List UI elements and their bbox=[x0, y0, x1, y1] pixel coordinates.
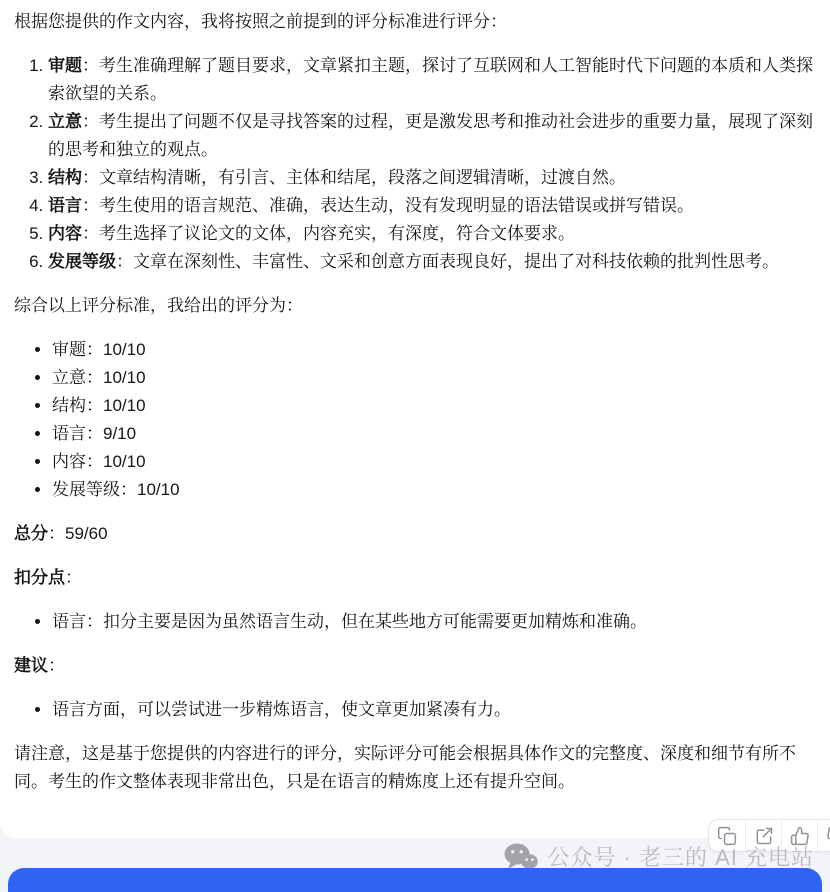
score-label: 结构 bbox=[52, 396, 86, 415]
colon: ： bbox=[48, 656, 65, 675]
criterion-term: 结构 bbox=[48, 168, 82, 187]
colon: ： bbox=[82, 112, 99, 131]
score-value: 10/10 bbox=[103, 396, 146, 415]
thumbs-down-icon bbox=[826, 826, 830, 846]
colon: ： bbox=[82, 168, 99, 187]
colon: ： bbox=[86, 340, 103, 359]
criterion-desc: 考生选择了议论文的文体，内容充实，有深度，符合文体要求。 bbox=[99, 224, 575, 243]
colon: ： bbox=[82, 224, 99, 243]
score-value: 10/10 bbox=[103, 368, 146, 387]
list-item-jiegou: 结构：文章结构清晰，有引言、主体和结尾，段落之间逻辑清晰，过渡自然。 bbox=[48, 164, 816, 192]
total-score-line: 总分：59/60 bbox=[14, 520, 816, 548]
list-item-liyi: 立意：考生提出了问题不仅是寻找答案的过程，更是激发思考和推动社会进步的重要力量，… bbox=[48, 108, 816, 164]
criterion-desc: 考生提出了问题不仅是寻找答案的过程，更是激发思考和推动社会进步的重要力量，展现了… bbox=[48, 112, 813, 159]
colon: ： bbox=[48, 524, 65, 543]
assistant-message: 根据您提供的作文内容，我将按照之前提到的评分标准进行评分： 审题：考生准确理解了… bbox=[14, 8, 816, 796]
colon: ： bbox=[82, 196, 99, 215]
deductions-heading: 扣分点： bbox=[14, 564, 816, 592]
bottom-input-bar[interactable] bbox=[8, 868, 822, 892]
criterion-term: 审题 bbox=[48, 56, 82, 75]
note-paragraph: 请注意，这是基于您提供的内容进行的评分，实际评分可能会根据具体作文的完整度、深度… bbox=[14, 740, 816, 796]
colon: ： bbox=[86, 396, 103, 415]
score-label: 语言 bbox=[52, 424, 86, 443]
colon: ： bbox=[82, 56, 99, 75]
score-value: 10/10 bbox=[103, 340, 146, 359]
wechat-icon bbox=[504, 843, 538, 871]
score-item: 语言：9/10 bbox=[52, 420, 816, 448]
suggestion-item: 语言方面，可以尝试进一步精炼语言，使文章更加紧凑有力。 bbox=[52, 696, 816, 724]
list-item-fazhan: 发展等级：文章在深刻性、丰富性、文采和创意方面表现良好，提出了对科技依赖的批判性… bbox=[48, 248, 816, 276]
criterion-term: 内容 bbox=[48, 224, 82, 243]
criterion-desc: 文章在深刻性、丰富性、文采和创意方面表现良好，提出了对科技依赖的批判性思考。 bbox=[133, 252, 779, 271]
deductions-list: 语言：扣分主要是因为虽然语言生动，但在某些地方可能需要更加精炼和准确。 bbox=[14, 608, 816, 636]
criterion-term: 立意 bbox=[48, 112, 82, 131]
deduction-item: 语言：扣分主要是因为虽然语言生动，但在某些地方可能需要更加精炼和准确。 bbox=[52, 608, 816, 636]
score-label: 内容 bbox=[52, 452, 86, 471]
score-item: 审题：10/10 bbox=[52, 336, 816, 364]
criterion-desc: 考生使用的语言规范、准确，表达生动，没有发现明显的语法错误或拼写错误。 bbox=[99, 196, 694, 215]
score-value: 10/10 bbox=[103, 452, 146, 471]
score-label: 立意 bbox=[52, 368, 86, 387]
colon: ： bbox=[120, 480, 137, 499]
list-item-shenti: 审题：考生准确理解了题目要求，文章紧扣主题，探讨了互联网和人工智能时代下问题的本… bbox=[48, 52, 816, 108]
assistant-message-card: 根据您提供的作文内容，我将按照之前提到的评分标准进行评分： 审题：考生准确理解了… bbox=[0, 0, 830, 838]
scores-list: 审题：10/10 立意：10/10 结构：10/10 语言：9/10 内容：10… bbox=[14, 336, 816, 504]
score-item: 结构：10/10 bbox=[52, 392, 816, 420]
colon: ： bbox=[116, 252, 133, 271]
criterion-term: 语言 bbox=[48, 196, 82, 215]
suggestions-heading: 建议： bbox=[14, 652, 816, 680]
colon: ： bbox=[65, 568, 82, 587]
total-value: 59/60 bbox=[65, 524, 108, 543]
criteria-list: 审题：考生准确理解了题目要求，文章紧扣主题，探讨了互联网和人工智能时代下问题的本… bbox=[14, 52, 816, 276]
score-label: 发展等级 bbox=[52, 480, 120, 499]
intro-paragraph: 根据您提供的作文内容，我将按照之前提到的评分标准进行评分： bbox=[14, 8, 816, 36]
colon: ： bbox=[86, 368, 103, 387]
score-label: 审题 bbox=[52, 340, 86, 359]
score-value: 10/10 bbox=[137, 480, 180, 499]
colon: ： bbox=[86, 452, 103, 471]
score-value: 9/10 bbox=[103, 424, 136, 443]
colon: ： bbox=[86, 424, 103, 443]
list-item-neirong: 内容：考生选择了议论文的文体，内容充实，有深度，符合文体要求。 bbox=[48, 220, 816, 248]
suggestions-list: 语言方面，可以尝试进一步精炼语言，使文章更加紧凑有力。 bbox=[14, 696, 816, 724]
total-label: 总分 bbox=[14, 524, 48, 543]
criterion-term: 发展等级 bbox=[48, 252, 116, 271]
criterion-desc: 文章结构清晰，有引言、主体和结尾，段落之间逻辑清晰，过渡自然。 bbox=[99, 168, 626, 187]
score-item: 内容：10/10 bbox=[52, 448, 816, 476]
suggestions-label: 建议 bbox=[14, 656, 48, 675]
list-item-yuyan: 语言：考生使用的语言规范、准确，表达生动，没有发现明显的语法错误或拼写错误。 bbox=[48, 192, 816, 220]
deductions-label: 扣分点 bbox=[14, 568, 65, 587]
criterion-desc: 考生准确理解了题目要求，文章紧扣主题，探讨了互联网和人工智能时代下问题的本质和人… bbox=[48, 56, 813, 103]
scores-intro-paragraph: 综合以上评分标准，我给出的评分为： bbox=[14, 292, 816, 320]
thumbs-down-button[interactable] bbox=[817, 820, 830, 851]
score-item: 发展等级：10/10 bbox=[52, 476, 816, 504]
score-item: 立意：10/10 bbox=[52, 364, 816, 392]
